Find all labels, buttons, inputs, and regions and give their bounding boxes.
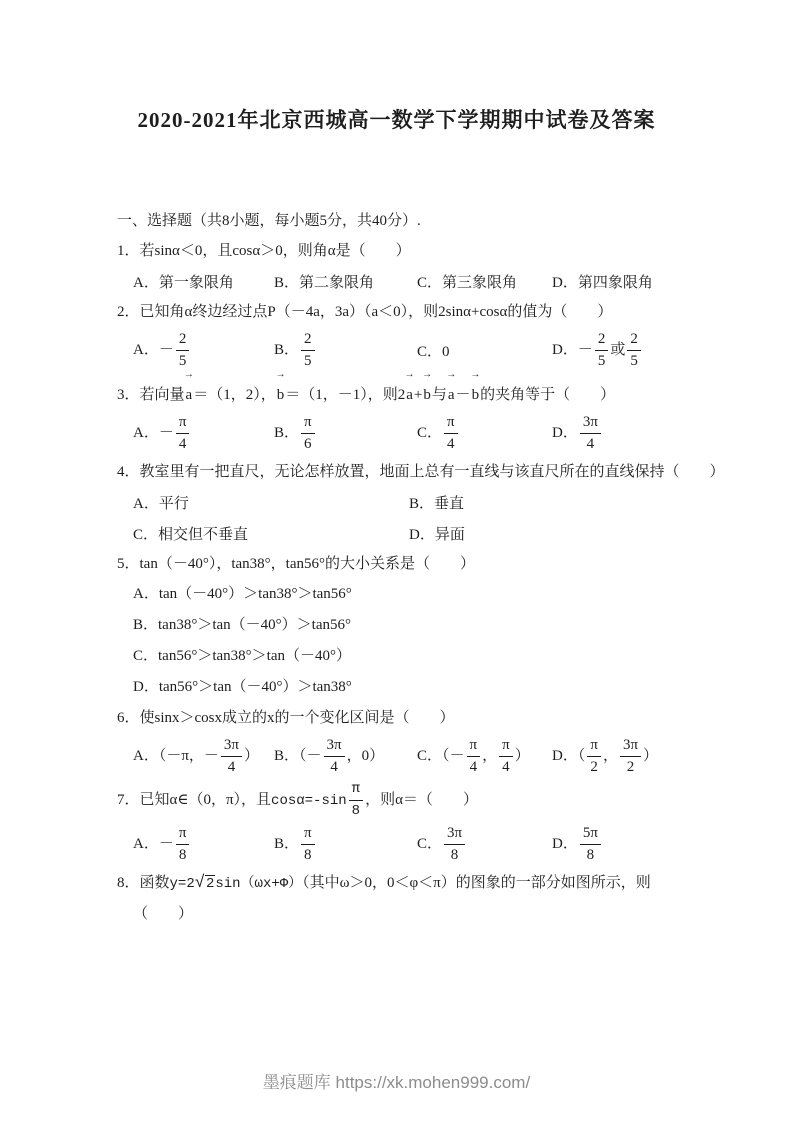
fraction-denominator: 5 — [301, 350, 315, 371]
fraction: π4 — [444, 413, 458, 454]
fraction: π8 — [176, 824, 190, 865]
fraction-denominator: 4 — [324, 756, 345, 777]
question-4: 4．教室里有一把直尺，无论怎样放置，地面上总有一直线与该直尺所在的直线保持（ ）… — [0, 457, 793, 549]
fraction-denominator: 4 — [221, 756, 242, 777]
minus-sign: － — [578, 342, 593, 358]
option-c: C．相交但不垂直 — [133, 523, 409, 544]
fraction-numerator: π — [499, 736, 513, 756]
fraction: π8 — [301, 824, 315, 865]
exam-title: 2020-2021年北京西城高一数学下学期期中试卷及答案 — [0, 0, 793, 134]
minus-sign: － — [159, 836, 174, 852]
stem-text: ＝（1，－1），则2 — [285, 387, 405, 403]
stem-text: 3．若向量 — [117, 387, 185, 403]
question-7: 7．已知α∈（0，π），且cosα=-sinπ8，则α＝（ ） A．－π8 B．… — [0, 780, 793, 868]
or-text: 或 — [610, 342, 625, 358]
question-3-options: A．－π4 B．π6 C．π4 D．3π4 — [0, 410, 793, 457]
fraction-numerator: 3π — [444, 824, 465, 844]
option-a: A．平行 — [133, 492, 409, 513]
fraction-denominator: 2 — [587, 756, 601, 777]
fraction: 3π4 — [324, 736, 345, 777]
option-c: C．（－π4，π4） — [417, 736, 552, 777]
stem-text: ，则α＝（ ） — [365, 792, 478, 808]
question-1: 1．若sinα＜0，且cosα＞0，则角α是（ ） A．第一象限角 B．第二象限… — [0, 236, 793, 297]
vector-arrow-icon: → — [446, 370, 456, 380]
fraction-numerator: 3π — [221, 736, 242, 756]
vector-a: →a — [448, 380, 455, 410]
option-a: A．（－π，－3π4） — [133, 736, 274, 777]
fraction-denominator: 5 — [595, 350, 609, 371]
fraction-denominator: 5 — [627, 350, 641, 371]
sqrt-icon: √ — [195, 874, 205, 893]
option-a: A．－π8 — [133, 824, 274, 865]
question-6-options: A．（－π，－3π4） B．（－3π4，0） C．（－π4，π4） D．（π2，… — [0, 733, 793, 780]
stem-text: 7．已知α∈（0，π），且 — [117, 792, 271, 808]
watermark-footer: 墨痕题库 https://xk.mohen999.com/ — [0, 1068, 793, 1093]
question-4-options-row1: A．平行 B．垂直 — [0, 487, 793, 518]
question-5-stem: 5．tan（－40°），tan38°，tan56°的大小关系是（ ） — [0, 549, 793, 579]
stem-text: + — [414, 387, 422, 403]
equation-cos-alpha: cosα=-sin — [271, 793, 347, 809]
option-b: B．第二象限角 — [274, 271, 417, 292]
vector-b: →b — [277, 380, 285, 410]
fraction: π6 — [301, 413, 315, 454]
vector-a: →a — [406, 380, 413, 410]
question-4-options-row2: C．相交但不垂直 D．异面 — [0, 518, 793, 549]
fraction-numerator: 3π — [324, 736, 345, 756]
vector-b: →b — [423, 380, 431, 410]
question-8-answer-blank: （ ） — [0, 899, 793, 929]
fraction: 3π2 — [620, 736, 641, 777]
question-1-stem: 1．若sinα＜0，且cosα＞0，则角α是（ ） — [0, 236, 793, 266]
fraction-numerator: π — [444, 413, 458, 433]
option-d: D．（π2，3π2） — [552, 736, 658, 777]
fraction: π8 — [349, 780, 363, 821]
minus-sign: － — [159, 342, 174, 358]
stem-text: ＝（1，2）， — [193, 387, 276, 403]
fraction-numerator: 2 — [176, 330, 190, 350]
option-b: B．tan38°＞tan（－40°）＞tan56° — [0, 610, 793, 641]
question-6-stem: 6．使sinx＞cosx成立的x的一个变化区间是（ ） — [0, 703, 793, 733]
option-c: C．π4 — [417, 413, 552, 454]
option-a: A．第一象限角 — [133, 271, 274, 292]
fraction-denominator: 4 — [444, 433, 458, 454]
question-2-options: A．－25 B．25 C．0 D．－25或25 — [0, 327, 793, 374]
question-5: 5．tan（－40°），tan38°，tan56°的大小关系是（ ） A．tan… — [0, 549, 793, 703]
vector-arrow-icon: → — [470, 370, 480, 380]
question-8: 8．函数y=2√2sin（ωx+Φ）（其中ω＞0，0＜φ＜π）的图象的一部分如图… — [0, 868, 793, 929]
question-2-stem: 2．已知角α终边经过点P（－4a，3a）（a＜0），则2sinα+cosα的值为… — [0, 297, 793, 327]
fraction-denominator: 4 — [580, 433, 601, 454]
fraction: π4 — [499, 736, 513, 777]
fraction-numerator: π — [176, 824, 190, 844]
fraction: 25 — [595, 330, 609, 371]
option-c: C．0 — [417, 340, 552, 361]
fraction-numerator: 2 — [627, 330, 641, 350]
fraction: π4 — [176, 413, 190, 454]
fraction: 25 — [176, 330, 190, 371]
fraction: π2 — [587, 736, 601, 777]
question-7-stem: 7．已知α∈（0，π），且cosα=-sinπ8，则α＝（ ） — [0, 780, 793, 821]
fraction-denominator: 5 — [176, 350, 190, 371]
option-b: B．π6 — [274, 413, 417, 454]
fraction-denominator: 6 — [301, 433, 315, 454]
fraction-numerator: π — [467, 736, 481, 756]
fraction: 5π8 — [580, 824, 601, 865]
fraction: 3π4 — [221, 736, 242, 777]
fraction-numerator: π — [301, 413, 315, 433]
fraction-numerator: 2 — [301, 330, 315, 350]
fraction: 3π8 — [444, 824, 465, 865]
question-3-stem: 3．若向量→a＝（1，2），→b＝（1，－1），则2→a+→b与→a－→b的夹角… — [0, 374, 793, 410]
question-4-stem: 4．教室里有一把直尺，无论怎样放置，地面上总有一直线与该直尺所在的直线保持（ ） — [0, 457, 793, 487]
vector-arrow-icon: → — [405, 370, 415, 380]
fraction: π4 — [467, 736, 481, 777]
fraction-denominator: 8 — [176, 844, 190, 865]
fraction-numerator: π — [301, 824, 315, 844]
option-a: A．－π4 — [133, 413, 274, 454]
sqrt-radicand: 2 — [205, 875, 215, 892]
vector-b: →b — [472, 380, 480, 410]
option-c: C．tan56°＞tan38°＞tan（－40°） — [0, 641, 793, 672]
question-1-options: A．第一象限角 B．第二象限角 C．第三象限角 D．第四象限角 — [0, 266, 793, 297]
fraction-numerator: 2 — [595, 330, 609, 350]
fraction-numerator: 3π — [580, 413, 601, 433]
fraction-denominator: 8 — [349, 800, 363, 821]
vector-arrow-icon: → — [422, 370, 432, 380]
stem-text: 的夹角等于（ ） — [480, 387, 615, 403]
option-b: B．（－3π4，0） — [274, 736, 417, 777]
fraction-denominator: 8 — [444, 844, 465, 865]
option-b: B．25 — [274, 330, 417, 371]
vector-arrow-icon: → — [275, 370, 285, 380]
fraction-numerator: 5π — [580, 824, 601, 844]
fraction-denominator: 4 — [467, 756, 481, 777]
question-7-options: A．－π8 B．π8 C．3π8 D．5π8 — [0, 821, 793, 868]
fraction-numerator: 3π — [620, 736, 641, 756]
fraction-numerator: π — [587, 736, 601, 756]
stem-text: 8．函数 — [117, 875, 170, 891]
option-d: D．－25或25 — [552, 330, 643, 371]
option-a: A．－25 — [133, 330, 274, 371]
fraction-numerator: π — [349, 780, 363, 800]
exam-paper-page: 2020-2021年北京西城高一数学下学期期中试卷及答案 一、选择题（共8小题，… — [0, 0, 793, 1122]
option-d: D．5π8 — [552, 824, 603, 865]
option-b: B．π8 — [274, 824, 417, 865]
option-d: D．异面 — [409, 523, 465, 544]
option-d: D．第四象限角 — [552, 271, 653, 292]
vector-arrow-icon: → — [184, 370, 194, 380]
minus-sign: － — [159, 425, 174, 441]
option-c: C．第三象限角 — [417, 271, 552, 292]
fraction: 25 — [301, 330, 315, 371]
section-heading: 一、选择题（共8小题，每小题5分，共40分）. — [0, 206, 793, 236]
fraction-denominator: 2 — [620, 756, 641, 777]
fraction: 25 — [627, 330, 641, 371]
option-d: D．tan56°＞tan（－40°）＞tan38° — [0, 672, 793, 703]
fraction-denominator: 4 — [499, 756, 513, 777]
question-3: 3．若向量→a＝（1，2），→b＝（1，－1），则2→a+→b与→a－→b的夹角… — [0, 374, 793, 457]
stem-text: － — [456, 387, 471, 403]
option-a: A．tan（－40°）＞tan38°＞tan56° — [0, 579, 793, 610]
equation-function: y=2√2sin（ωx+Φ） — [170, 876, 303, 892]
question-6: 6．使sinx＞cosx成立的x的一个变化区间是（ ） A．（－π，－3π4） … — [0, 703, 793, 780]
stem-text: 与 — [432, 387, 447, 403]
vector-a: →a — [186, 380, 193, 410]
question-2: 2．已知角α终边经过点P（－4a，3a）（a＜0），则2sinα+cosα的值为… — [0, 297, 793, 374]
fraction-denominator: 8 — [580, 844, 601, 865]
fraction-denominator: 8 — [301, 844, 315, 865]
stem-text: （其中ω＞0，0＜φ＜π）的图象的一部分如图所示，则 — [302, 875, 651, 891]
option-d: D．3π4 — [552, 413, 603, 454]
option-c: C．3π8 — [417, 824, 552, 865]
question-8-stem: 8．函数y=2√2sin（ωx+Φ）（其中ω＞0，0＜φ＜π）的图象的一部分如图… — [0, 868, 793, 899]
fraction-numerator: π — [176, 413, 190, 433]
fraction: 3π4 — [580, 413, 601, 454]
option-b: B．垂直 — [409, 492, 464, 513]
fraction-denominator: 4 — [176, 433, 190, 454]
